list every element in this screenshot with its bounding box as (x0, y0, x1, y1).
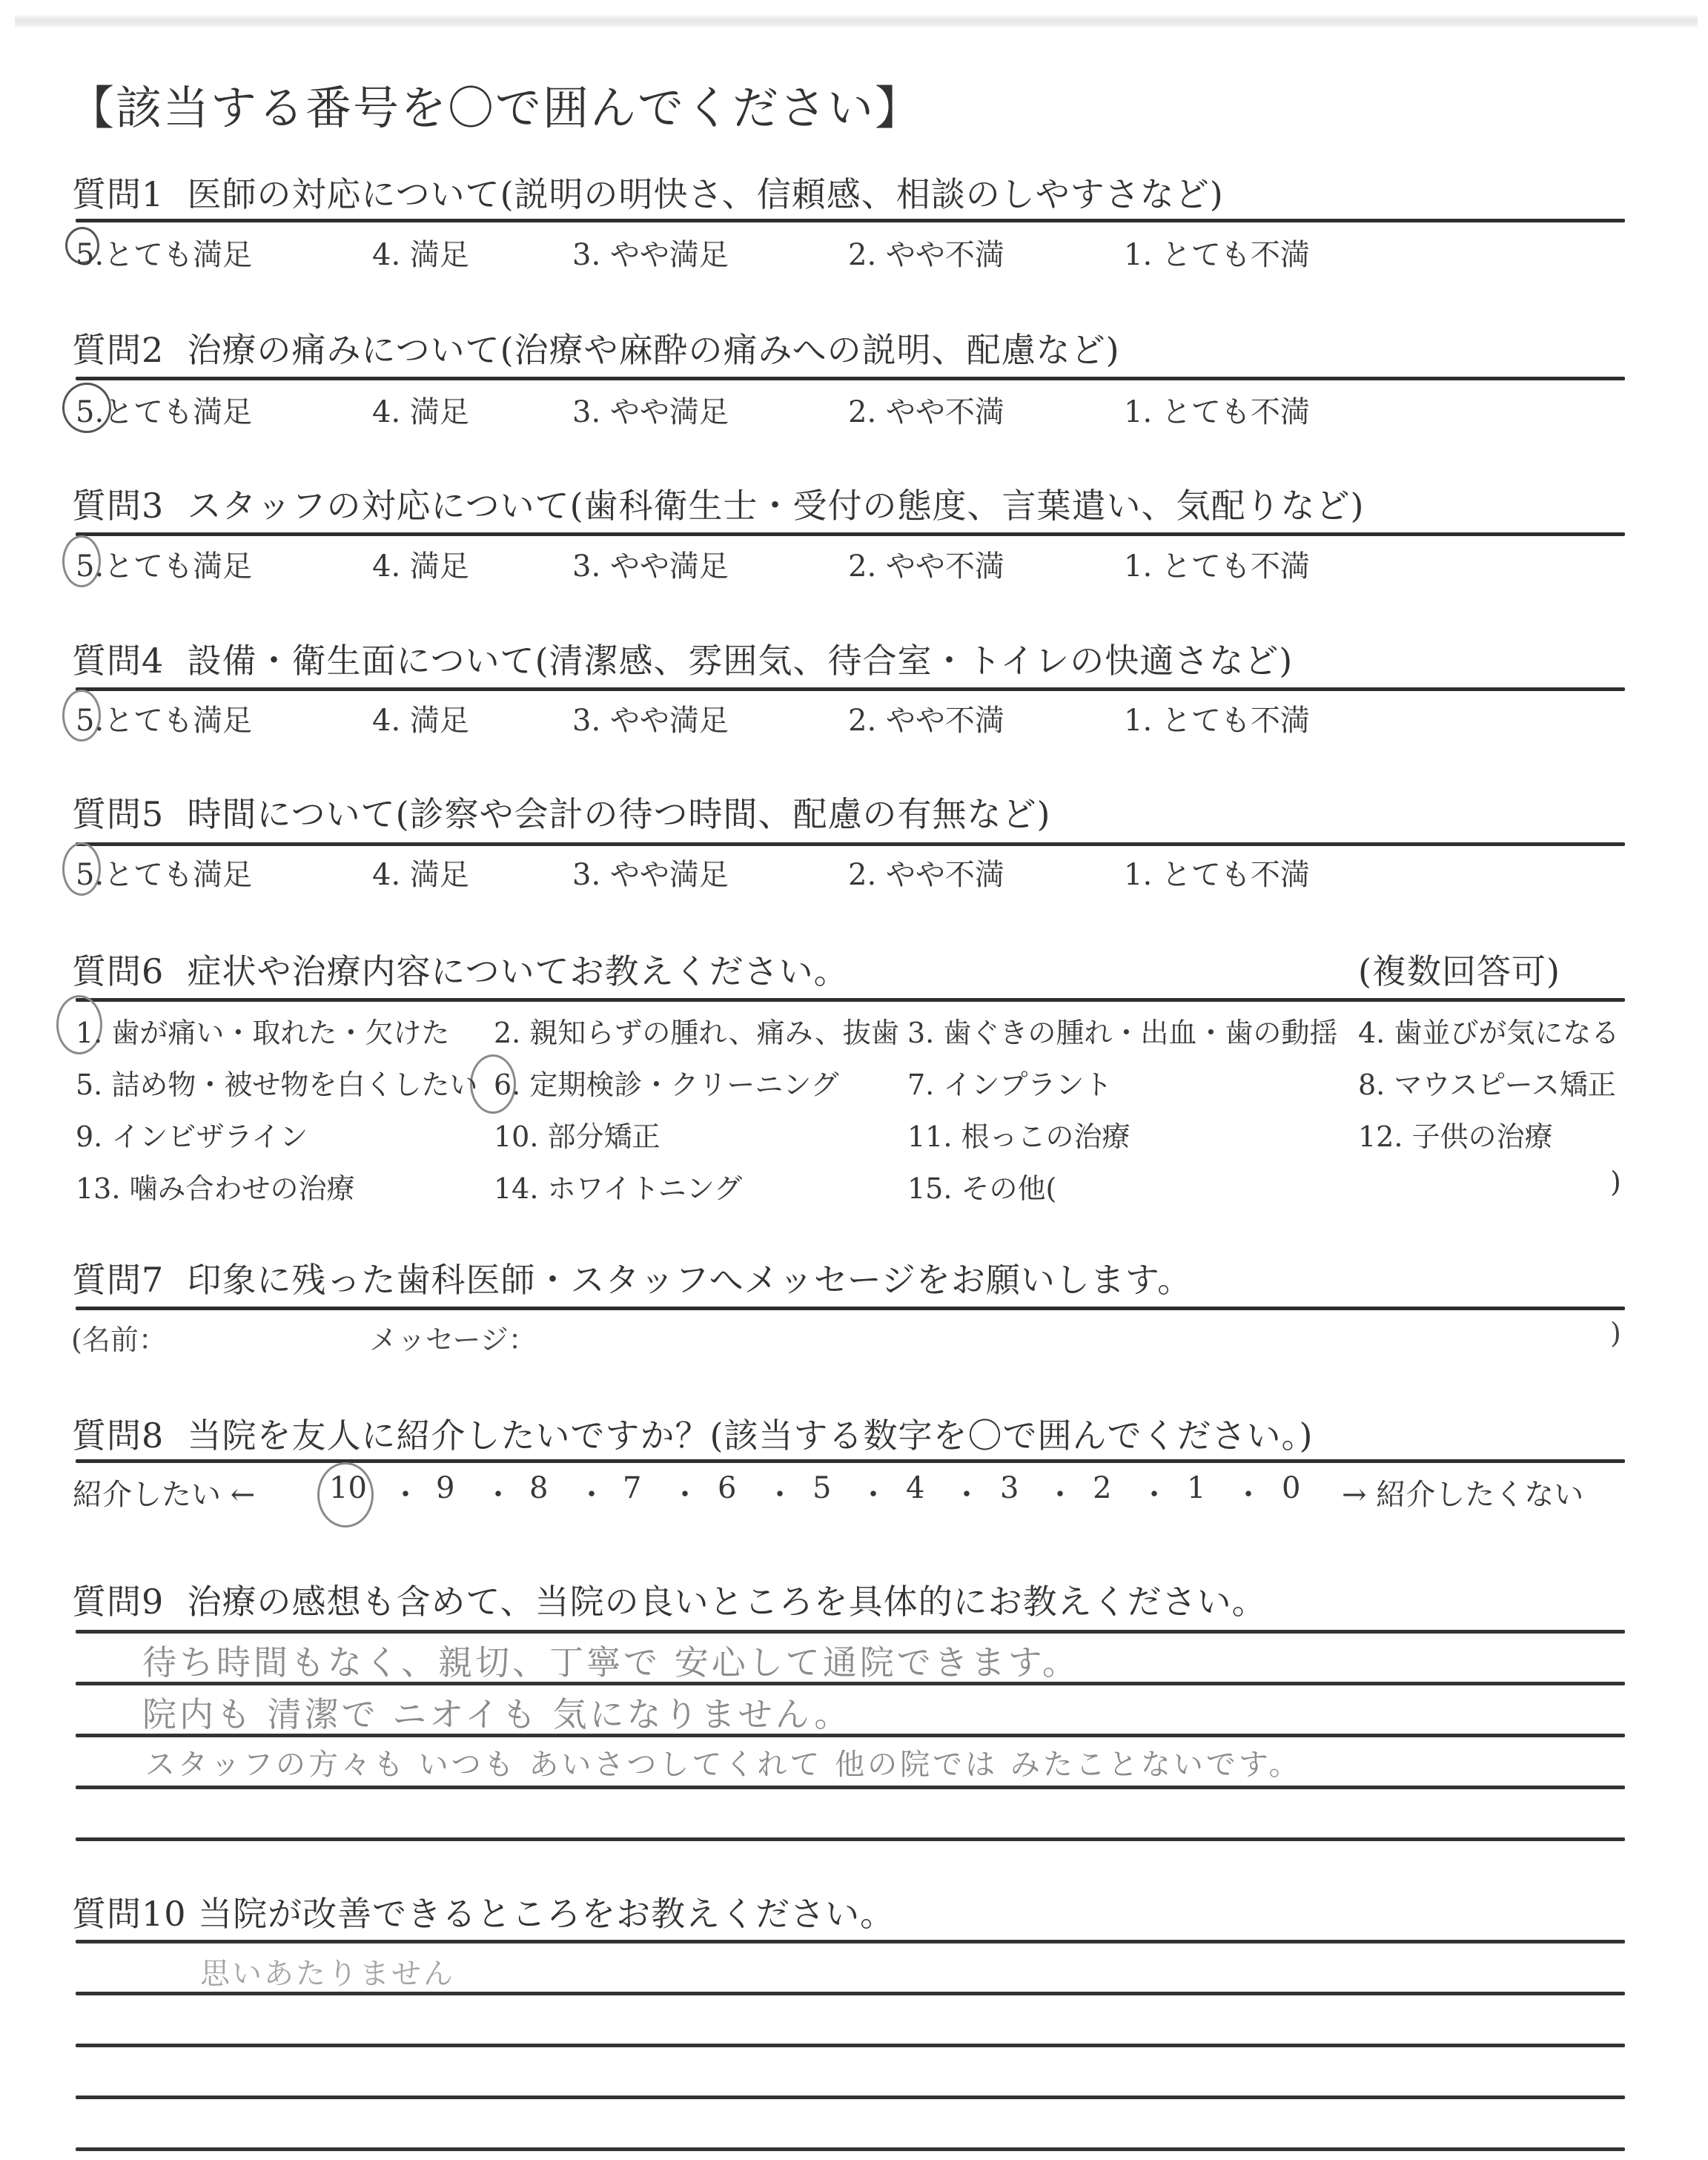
underline (76, 1459, 1625, 1463)
underline (76, 532, 1625, 536)
scale-separator: ・ (391, 1471, 420, 1513)
scale-separator: ・ (483, 1471, 513, 1513)
rating-option-2[interactable]: 2. やや不満 (848, 389, 1004, 431)
symptom-option-14[interactable]: 14. ホワイトニング (494, 1166, 742, 1206)
rating-option-4[interactable]: 4. 満足 (372, 851, 469, 894)
scale-separator: ・ (670, 1471, 700, 1513)
rating-option-1[interactable]: 1. とても不満 (1124, 543, 1310, 585)
symptom-option-2[interactable]: 2. 親知らずの腫れ、痛み、抜歯 (494, 1010, 899, 1051)
rating-option-1[interactable]: 1. とても不満 (1124, 851, 1310, 894)
symptom-option-1[interactable]: 1. 歯が痛い・取れた・欠けた (76, 1010, 449, 1051)
page-title: 【該当する番号を〇で囲んでください】 (68, 71, 922, 137)
answer-line (76, 2147, 1625, 2151)
question-label: 質問7 印象に残った歯科医師・スタッフへメッセージをお願いします。 (72, 1253, 1192, 1302)
answer-line (76, 1630, 1625, 1634)
answer-line (76, 2095, 1625, 2099)
symptom-option-9[interactable]: 9. インビザライン (76, 1114, 308, 1155)
scale-option-2[interactable]: 2 (1093, 1471, 1111, 1505)
rating-option-2[interactable]: 2. やや不満 (848, 543, 1004, 585)
rating-option-4[interactable]: 4. 満足 (372, 697, 469, 739)
symptom-option-3[interactable]: 3. 歯ぐきの腫れ・出血・歯の動揺 (907, 1010, 1337, 1051)
question-label: 質問5 時間について(診察や会計の待つ時間、配慮の有無など) (72, 787, 1051, 836)
close-paren: ) (1610, 1317, 1621, 1350)
answer-line (76, 1734, 1625, 1737)
answer-line (76, 1992, 1625, 1995)
answer-line (76, 1682, 1625, 1685)
rating-option-3[interactable]: 3. やや満足 (572, 231, 729, 274)
scale-separator: ・ (577, 1471, 606, 1513)
question-label: 質問9 治療の感想も含めて、当院の良いところを具体的にお教えください。 (72, 1575, 1267, 1624)
handwritten-answer-line-2[interactable]: 院内も 清潔で ニオイも 気になりません。 (142, 1688, 851, 1737)
rating-option-3[interactable]: 3. やや満足 (572, 543, 729, 585)
underline (76, 998, 1625, 1002)
scale-separator: ・ (858, 1471, 888, 1513)
symptom-option-10[interactable]: 10. 部分矯正 (494, 1114, 661, 1155)
scale-separator: ・ (1234, 1471, 1263, 1513)
scale-separator: ・ (952, 1471, 982, 1513)
scale-option-7[interactable]: 7 (623, 1471, 641, 1505)
rating-option-1[interactable]: 1. とても不満 (1124, 389, 1310, 431)
underline (76, 687, 1625, 691)
scale-option-9[interactable]: 9 (436, 1471, 454, 1505)
symptom-option-15-other[interactable]: 15. その他( (907, 1166, 1056, 1206)
rating-option-3[interactable]: 3. やや満足 (572, 697, 729, 739)
underline (76, 377, 1625, 380)
other-close-paren: ) (1610, 1166, 1621, 1198)
scale-option-5[interactable]: 5 (812, 1471, 831, 1505)
scale-option-3[interactable]: 3 (1000, 1471, 1019, 1505)
rating-option-2[interactable]: 2. やや不満 (848, 851, 1004, 894)
name-field[interactable] (193, 1317, 356, 1351)
symptom-option-13[interactable]: 13. 噛み合わせの治療 (76, 1166, 355, 1206)
message-field-label: メッセージ： (369, 1317, 537, 1358)
scale-option-10[interactable]: 10 (329, 1471, 367, 1505)
handwritten-answer-line-1[interactable]: 待ち時間もなく、親切、丁寧で 安心して通院できます。 (142, 1636, 1079, 1685)
rating-option-5[interactable]: 5.とても満足 (76, 697, 252, 739)
multiple-answers-note: (複数回答可) (1358, 945, 1560, 994)
scale-separator: ・ (1045, 1471, 1075, 1513)
rating-option-3[interactable]: 3. やや満足 (572, 851, 729, 894)
handwritten-answer-line-3[interactable]: スタッフの方々も いつも あいさつしてくれて 他の院では みたことないです。 (145, 1741, 1302, 1783)
answer-line (76, 2044, 1625, 2047)
question-label: 質問2 治療の痛みについて(治療や麻酔の痛みへの説明、配慮など) (72, 323, 1120, 372)
handwritten-answer-line-1[interactable]: 思いあたりません (200, 1950, 455, 1992)
scale-option-0[interactable]: 0 (1282, 1471, 1300, 1505)
symptom-option-11[interactable]: 11. 根っこの治療 (907, 1114, 1131, 1155)
question-label: 質問8 当院を友人に紹介したいですか？(該当する数字を〇で囲んでください。) (72, 1409, 1313, 1458)
question-label: 質問3 スタッフの対応について(歯科衛生士・受付の態度、言葉遣い、気配りなど) (72, 479, 1365, 528)
scan-edge (15, 15, 1698, 28)
symptom-option-5[interactable]: 5. 詰め物・被せ物を白くしたい (76, 1062, 477, 1103)
rating-option-2[interactable]: 2. やや不満 (848, 231, 1004, 274)
rating-option-4[interactable]: 4. 満足 (372, 389, 469, 431)
answer-line (76, 1786, 1625, 1789)
scale-separator: ・ (1139, 1471, 1169, 1513)
rating-option-5[interactable]: 5.とても満足 (76, 231, 252, 274)
question-label: 質問1 医師の対応について(説明の明快さ、信頼感、相談のしやすさなど) (72, 168, 1224, 217)
rating-option-4[interactable]: 4. 満足 (372, 543, 469, 585)
scale-option-8[interactable]: 8 (529, 1471, 548, 1505)
underline (76, 842, 1625, 846)
scale-option-4[interactable]: 4 (906, 1471, 924, 1505)
scale-option-6[interactable]: 6 (718, 1471, 736, 1505)
answer-line (76, 1837, 1625, 1841)
rating-option-5[interactable]: 5.とても満足 (76, 389, 252, 431)
scale-separator: ・ (765, 1471, 795, 1513)
rating-option-1[interactable]: 1. とても不満 (1124, 697, 1310, 739)
message-field[interactable] (549, 1317, 1601, 1351)
underline (76, 1307, 1625, 1310)
name-field-label: (名前： (71, 1317, 167, 1358)
scale-option-1[interactable]: 1 (1187, 1471, 1205, 1505)
question-label: 質問6 症状や治療内容についてお教えください。 (72, 945, 849, 994)
rating-option-3[interactable]: 3. やや満足 (572, 389, 729, 431)
rating-option-4[interactable]: 4. 満足 (372, 231, 469, 274)
rating-option-2[interactable]: 2. やや不満 (848, 697, 1004, 739)
symptom-option-8[interactable]: 8. マウスピース矯正 (1358, 1062, 1616, 1103)
underline (76, 219, 1625, 222)
symptom-option-12[interactable]: 12. 子供の治療 (1358, 1114, 1553, 1155)
symptom-option-4[interactable]: 4. 歯並びが気になる (1358, 1010, 1619, 1051)
answer-line (76, 1940, 1625, 1943)
recommend-right-label: → 紹介したくない (1342, 1471, 1583, 1513)
rating-option-5[interactable]: 5.とても満足 (76, 851, 252, 894)
symptom-option-6[interactable]: 6. 定期検診・クリーニング (494, 1062, 839, 1103)
question-label: 質問10 当院が改善できるところをお教えください。 (72, 1887, 895, 1936)
rating-option-5[interactable]: 5.とても満足 (76, 543, 252, 585)
symptom-option-7[interactable]: 7. インプラント (907, 1062, 1112, 1103)
recommend-left-label: 紹介したい ← (73, 1471, 255, 1513)
rating-option-1[interactable]: 1. とても不満 (1124, 231, 1310, 274)
question-label: 質問4 設備・衛生面について(清潔感、雰囲気、待合室・トイレの快適さなど) (72, 634, 1293, 683)
